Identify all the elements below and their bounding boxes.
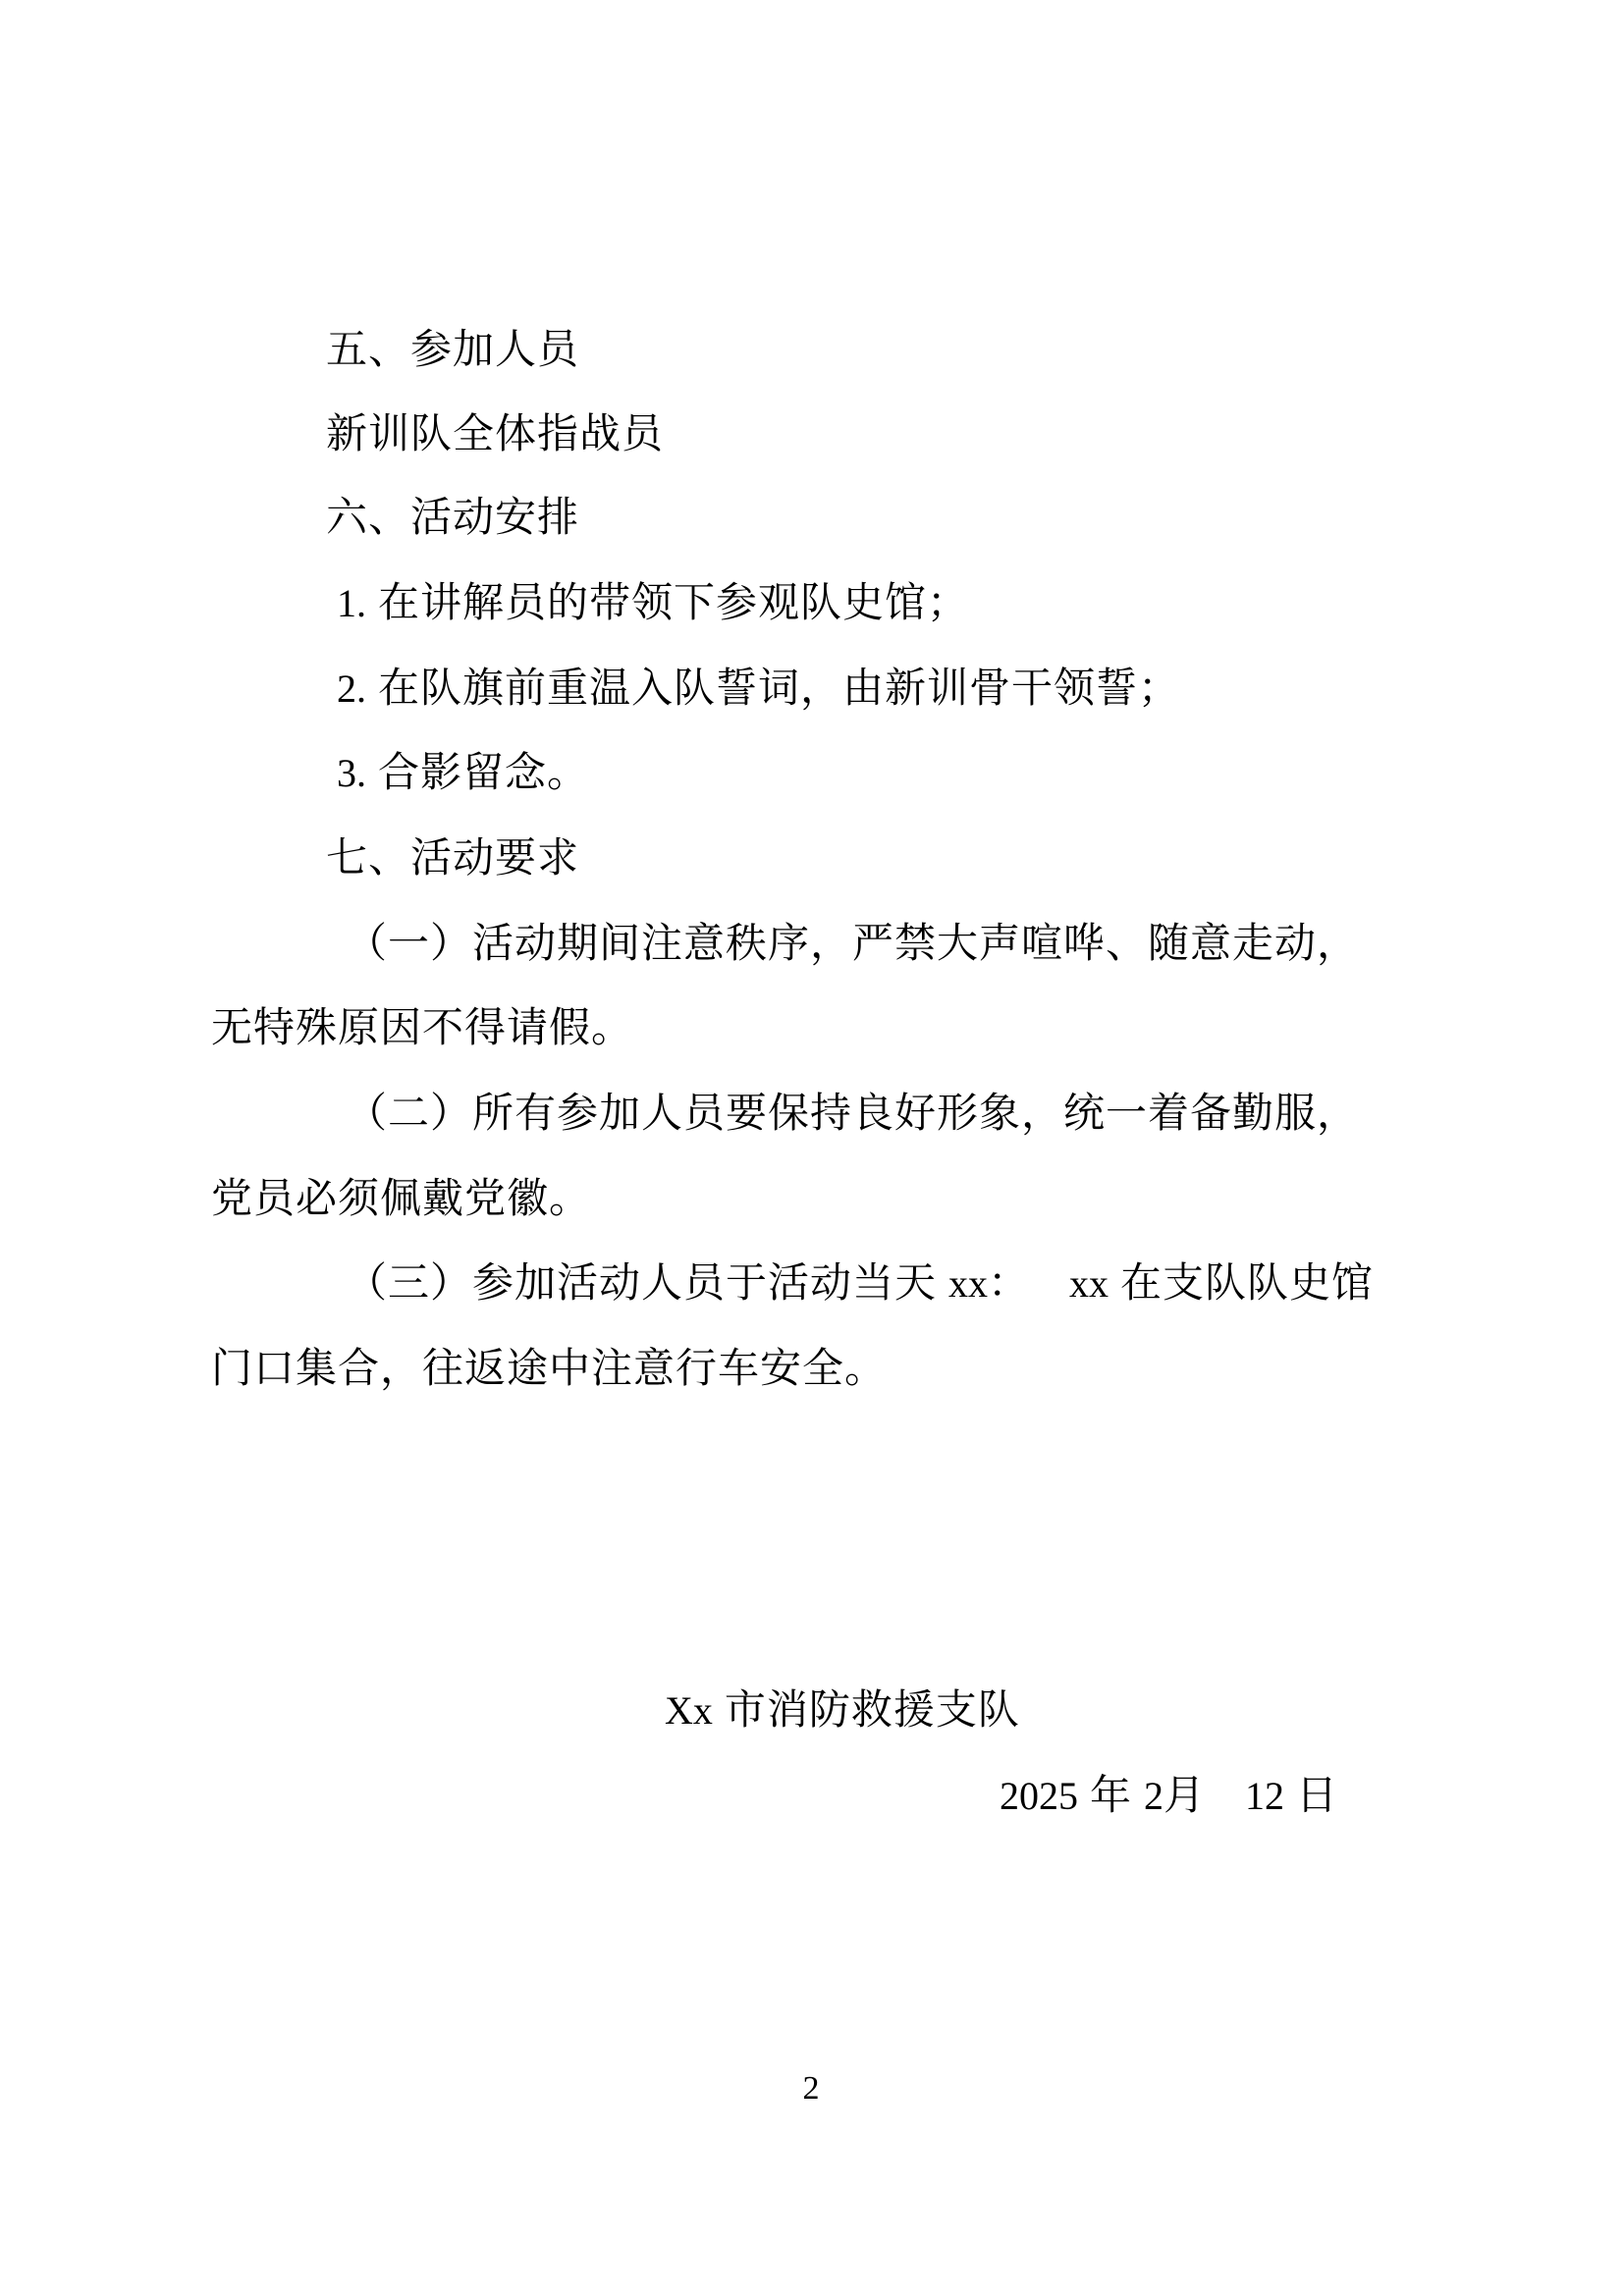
item-number: 1. [337,581,366,625]
requirement-text: 所有参加人员要保持良好形象，统一着备勤服， [472,1089,1359,1137]
schedule-item: 1.在讲解员的带领下参观队史馆； [337,581,969,625]
requirement-marker: （二） [346,1089,472,1137]
requirement-continuation: 无特殊原因不得请假。 [211,1006,633,1049]
org-prefix: Xx [665,1688,713,1733]
time-separator: ： [988,1258,1030,1307]
time-hour: xx [948,1261,988,1306]
date-day: 12 [1245,1774,1284,1818]
signature-date: 2025年2月12日 [1000,1774,1338,1818]
date-month-unit: 月 [1163,1771,1206,1819]
item-number: 3. [337,751,366,795]
requirement-paragraph-line: （一）活动期间注意秩序，严禁大声喧哗、随意走动， [346,922,1359,965]
section-heading-schedule: 六、活动安排 [326,496,579,539]
schedule-item: 2.在队旗前重温入队誓词，由新训骨干领誓； [337,667,1180,711]
item-text: 在讲解员的带领下参观队史馆； [378,578,969,626]
section-heading-participants: 五、参加人员 [326,328,579,371]
section-heading-requirements: 七、活动要求 [326,836,579,880]
requirement-text-tail: 在支队队史馆 [1120,1258,1374,1307]
date-day-unit: 日 [1296,1771,1338,1819]
requirement-paragraph-line: （二）所有参加人员要保持良好形象，统一着备勤服， [346,1092,1359,1135]
schedule-item: 3.合影留念。 [337,751,589,795]
item-number: 2. [337,667,366,711]
signature-organization: Xx市消防救援支队 [665,1688,1020,1733]
requirement-marker: （三） [346,1258,472,1307]
date-year-unit: 年 [1090,1771,1132,1819]
item-text: 合影留念。 [378,748,589,796]
item-text: 在队旗前重温入队誓词，由新训骨干领誓； [378,664,1180,712]
page-number: 2 [782,2069,840,2109]
requirement-text: 参加活动人员于活动当天 [472,1258,937,1307]
participants-text: 新训队全体指战员 [326,412,664,455]
time-minute: xx [1069,1261,1109,1306]
date-year: 2025 [1000,1774,1078,1818]
requirement-continuation: 门口集合，往返途中注意行车安全。 [211,1347,887,1390]
requirement-marker: （一） [346,919,472,967]
document-page: 五、参加人员 新训队全体指战员 六、活动安排 1.在讲解员的带领下参观队史馆； … [0,0,1623,2296]
requirement-text: 活动期间注意秩序，严禁大声喧哗、随意走动， [472,919,1359,967]
date-month: 2 [1144,1774,1163,1818]
org-name: 市消防救援支队 [725,1685,1020,1734]
requirement-continuation: 党员必须佩戴党徽。 [211,1177,591,1220]
requirement-paragraph-line: （三）参加活动人员于活动当天xx：xx在支队队史馆 [346,1261,1374,1306]
